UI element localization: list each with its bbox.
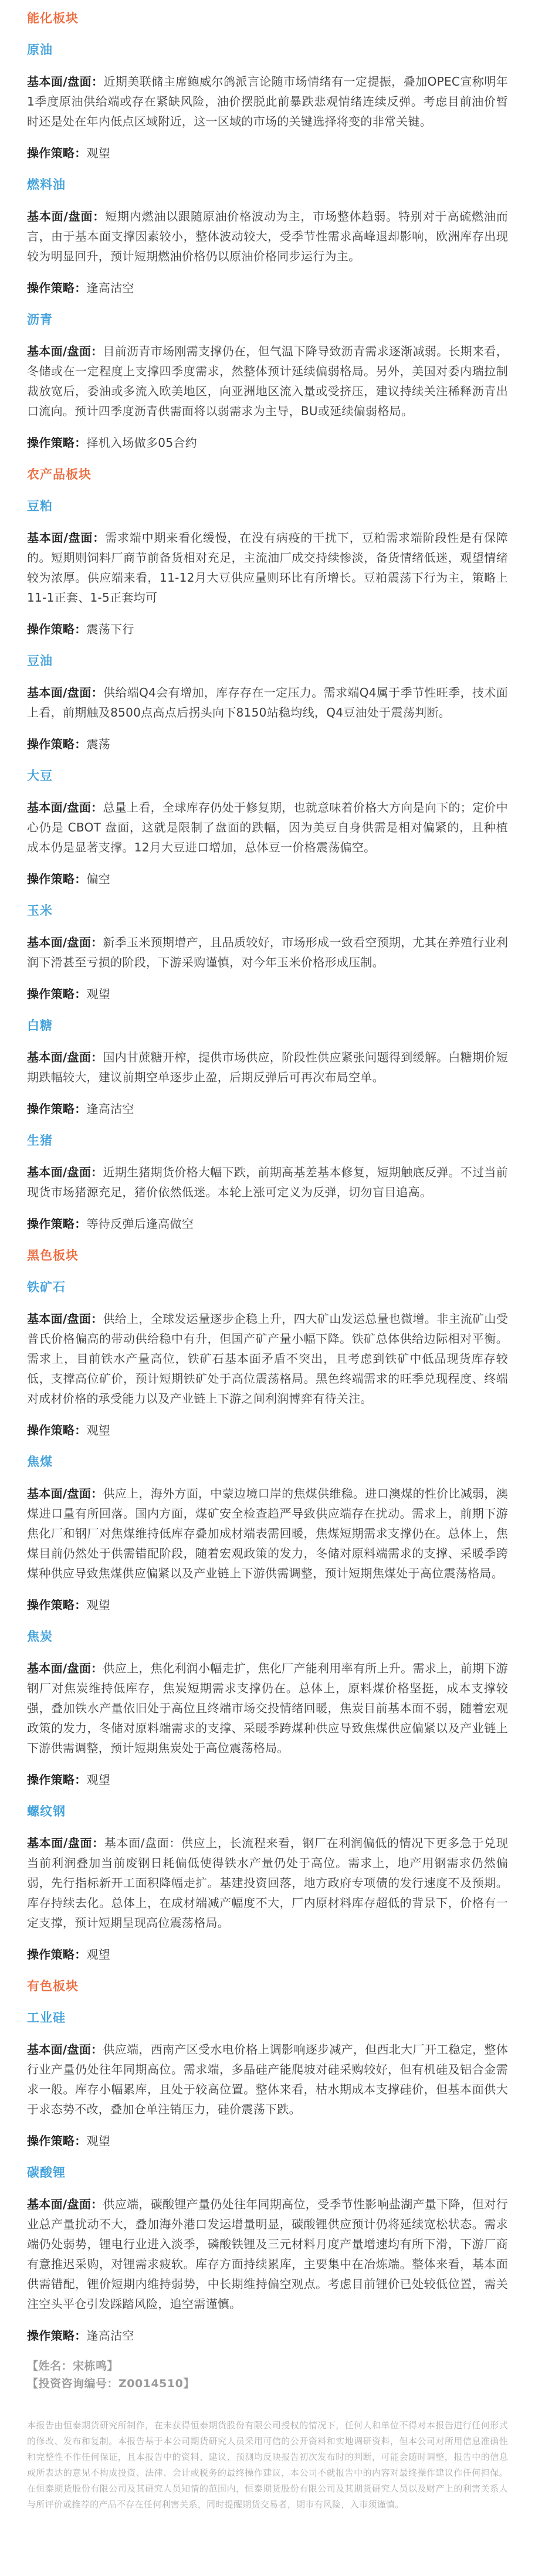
fundamental-paragraph: 基本面/盘面：新季玉米预期增产，且品质较好，市场形成一致看空预期，尤其在养殖行业… <box>27 932 508 972</box>
strategy-line: 操作策略：震荡下行 <box>27 619 508 639</box>
commodity-title: 螺纹钢 <box>27 1801 508 1821</box>
strategy-label: 操作策略： <box>27 1773 87 1787</box>
fundamental-label: 基本面/盘面： <box>27 685 103 700</box>
strategy-value: 观望 <box>87 1598 111 1612</box>
fundamental-label: 基本面/盘面： <box>27 531 105 545</box>
strategy-line: 操作策略：观望 <box>27 2131 508 2151</box>
strategy-line: 操作策略：逢高沽空 <box>27 1099 508 1119</box>
fundamental-paragraph: 基本面/盘面：供给端Q4会有增加，库存存在一定压力。需求端Q4属于季节性旺季，技… <box>27 683 508 722</box>
report-body: 能化板块原油基本面/盘面：近期美联储主席鲍威尔鸽派言论随市场情绪有一定提振，叠加… <box>27 8 508 2346</box>
strategy-value: 震荡下行 <box>87 622 134 636</box>
strategy-value: 偏空 <box>87 872 111 886</box>
commodity-title: 豆粕 <box>27 496 508 516</box>
analyst-license: 【投资咨询编号：Z0014510】 <box>27 2375 508 2392</box>
fundamental-paragraph: 基本面/盘面：供应上，海外方面，中蒙边境口岸的焦煤供维稳。进口澳煤的性价比减弱，… <box>27 1484 508 1583</box>
fundamental-label: 基本面/盘面： <box>27 1486 103 1501</box>
fundamental-label: 基本面/盘面： <box>27 1661 103 1675</box>
commodity-title: 工业硅 <box>27 2008 508 2028</box>
commodity-title: 玉米 <box>27 901 508 921</box>
strategy-label: 操作策略： <box>27 2329 87 2343</box>
strategy-value: 观望 <box>87 1773 111 1787</box>
strategy-value: 逢高沽空 <box>87 281 134 295</box>
strategy-line: 操作策略：观望 <box>27 143 508 163</box>
strategy-label: 操作策略： <box>27 2134 87 2148</box>
strategy-label: 操作策略： <box>27 1423 87 1437</box>
fundamental-text: 基本面/盘面：供应上，长流程来看，钢厂在利润偏低的情况下更多急于兑现当前利润叠加… <box>27 1836 508 1930</box>
strategy-line: 操作策略：观望 <box>27 984 508 1004</box>
strategy-line: 操作策略：观望 <box>27 1770 508 1790</box>
fundamental-label: 基本面/盘面： <box>27 209 105 223</box>
strategy-line: 操作策略：逢高沽空 <box>27 278 508 298</box>
disclaimer: 本报告由恒泰期货研究所制作，在未获得恒泰期货股份有限公司授权的情况下，任何人和单… <box>27 2418 508 2513</box>
fundamental-label: 基本面/盘面： <box>27 344 103 358</box>
section-title: 黑色板块 <box>27 1245 508 1265</box>
commodity-title: 原油 <box>27 40 508 60</box>
strategy-label: 操作策略： <box>27 146 87 160</box>
fundamental-paragraph: 基本面/盘面：近期生猪期货价格大幅下跌，前期高基差基本修复，短期触底反弹。不过当… <box>27 1162 508 1202</box>
analyst-name: 【姓名：宋栋鸣】 <box>27 2357 508 2375</box>
fundamental-paragraph: 基本面/盘面：基本面/盘面：供应上，长流程来看，钢厂在利润偏低的情况下更多急于兑… <box>27 1833 508 1933</box>
commodity-title: 生猪 <box>27 1131 508 1150</box>
strategy-line: 操作策略：等待反弹后逢高做空 <box>27 1214 508 1234</box>
strategy-label: 操作策略： <box>27 436 87 450</box>
strategy-value: 震荡 <box>87 737 111 751</box>
report-footer: 【姓名：宋栋鸣】 【投资咨询编号：Z0014510】 本报告由恒泰期货研究所制作… <box>27 2357 508 2513</box>
commodity-title: 豆油 <box>27 651 508 671</box>
strategy-line: 操作策略：逢高沽空 <box>27 2326 508 2346</box>
futures-daily-report: 能化板块原油基本面/盘面：近期美联储主席鲍威尔鸽派言论随市场情绪有一定提振，叠加… <box>0 0 535 2523</box>
commodity-title: 沥青 <box>27 310 508 330</box>
commodity-title: 白糖 <box>27 1016 508 1036</box>
fundamental-paragraph: 基本面/盘面：供应上，焦化利润小幅走扩，焦化厂产能利用率有所上升。需求上，前期下… <box>27 1658 508 1758</box>
commodity-title: 燃料油 <box>27 175 508 195</box>
fundamental-text: 供应端，碳酸锂产量仍处往年同期高位，受季节性影响盐湖产量下降，但对行业总产量扰动… <box>27 2197 508 2311</box>
strategy-label: 操作策略： <box>27 281 87 295</box>
strategy-line: 操作策略：观望 <box>27 1595 508 1615</box>
fundamental-label: 基本面/盘面： <box>27 1050 103 1064</box>
strategy-line: 操作策略：偏空 <box>27 869 508 889</box>
fundamental-label: 基本面/盘面： <box>27 800 103 814</box>
commodity-title: 焦煤 <box>27 1452 508 1472</box>
fundamental-label: 基本面/盘面： <box>27 1836 104 1850</box>
strategy-line: 操作策略：观望 <box>27 1944 508 1964</box>
fundamental-text: 供应上，焦化利润小幅走扩，焦化厂产能利用率有所上升。需求上，前期下游钢厂对焦炭维… <box>27 1661 508 1755</box>
strategy-label: 操作策略： <box>27 872 87 886</box>
fundamental-paragraph: 基本面/盘面：目前沥青市场刚需支撑仍在，但气温下降导致沥青需求逐渐减弱。长期来看… <box>27 341 508 421</box>
fundamental-label: 基本面/盘面： <box>27 1165 103 1179</box>
strategy-value: 观望 <box>87 1947 111 1961</box>
strategy-label: 操作策略： <box>27 987 87 1001</box>
fundamental-paragraph: 基本面/盘面：供给上，全球发运量逐步企稳上升，四大矿山发运总量也微增。非主流矿山… <box>27 1309 508 1409</box>
commodity-title: 碳酸锂 <box>27 2163 508 2183</box>
section-title: 农产品板块 <box>27 464 508 484</box>
strategy-label: 操作策略： <box>27 1102 87 1116</box>
fundamental-paragraph: 基本面/盘面：短期内燃油以跟随原油价格波动为主，市场整体趋弱。特别对于高硫燃油而… <box>27 206 508 266</box>
strategy-line: 操作策略：观望 <box>27 1420 508 1440</box>
strategy-label: 操作策略： <box>27 1947 87 1961</box>
section-title: 能化板块 <box>27 8 508 28</box>
commodity-title: 铁矿石 <box>27 1277 508 1297</box>
strategy-label: 操作策略： <box>27 1598 87 1612</box>
strategy-value: 观望 <box>87 2134 111 2148</box>
strategy-label: 操作策略： <box>27 1217 87 1231</box>
strategy-label: 操作策略： <box>27 737 87 751</box>
fundamental-text: 供应上，海外方面，中蒙边境口岸的焦煤供维稳。进口澳煤的性价比减弱，澳煤进口量有所… <box>27 1486 508 1580</box>
commodity-title: 焦炭 <box>27 1627 508 1647</box>
fundamental-paragraph: 基本面/盘面：供应端，西南产区受水电价格上调影响逐步减产，但西北大厂开工稳定，整… <box>27 2039 508 2119</box>
strategy-label: 操作策略： <box>27 622 87 636</box>
fundamental-label: 基本面/盘面： <box>27 74 103 89</box>
fundamental-label: 基本面/盘面： <box>27 935 103 949</box>
strategy-line: 操作策略：择机入场做多05合约 <box>27 433 508 453</box>
fundamental-text: 供给上，全球发运量逐步企稳上升，四大矿山发运总量也微增。非主流矿山受普氏价格偏高… <box>27 1312 508 1406</box>
strategy-value: 逢高沽空 <box>87 1102 134 1116</box>
strategy-value: 观望 <box>87 987 111 1001</box>
fundamental-label: 基本面/盘面： <box>27 2042 103 2056</box>
strategy-value: 逢高沽空 <box>87 2329 134 2343</box>
fundamental-label: 基本面/盘面： <box>27 1312 103 1326</box>
strategy-value: 择机入场做多05合约 <box>87 436 197 450</box>
strategy-value: 等待反弹后逢高做空 <box>87 1217 194 1231</box>
fundamental-label: 基本面/盘面： <box>27 2197 103 2211</box>
commodity-title: 大豆 <box>27 766 508 786</box>
strategy-value: 观望 <box>87 1423 111 1437</box>
fundamental-paragraph: 基本面/盘面：国内甘蔗糖开榨，提供市场供应，阶段性供应紧张问题得到缓解。白糖期价… <box>27 1047 508 1087</box>
strategy-value: 观望 <box>87 146 111 160</box>
fundamental-paragraph: 基本面/盘面：近期美联储主席鲍威尔鸽派言论随市场情绪有一定提振，叠加OPEC宣称… <box>27 72 508 131</box>
fundamental-paragraph: 基本面/盘面：总量上看，全球库存仍处于修复期，也就意味着价格大方向是向下的；定价… <box>27 797 508 857</box>
section-title: 有色板块 <box>27 1976 508 1996</box>
strategy-line: 操作策略：震荡 <box>27 734 508 754</box>
fundamental-paragraph: 基本面/盘面：供应端，碳酸锂产量仍处往年同期高位，受季节性影响盐湖产量下降，但对… <box>27 2194 508 2314</box>
fundamental-paragraph: 基本面/盘面：需求端中期来看化缓慢，在没有病疫的干扰下，豆粕需求端阶段性是有保障… <box>27 528 508 607</box>
